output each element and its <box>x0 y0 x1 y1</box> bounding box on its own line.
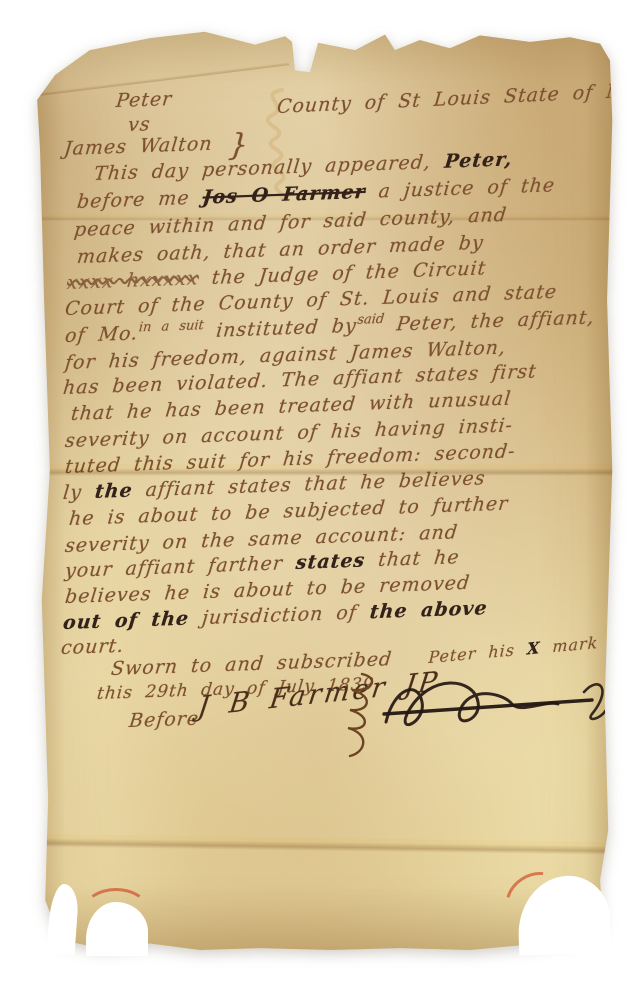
handwritten-text-segment: that he <box>364 546 461 571</box>
handwritten-text-segment: Peter his <box>428 639 528 667</box>
handwritten-text-segment: instituted by <box>202 315 358 342</box>
handwritten-text-segment: ly <box>62 481 96 504</box>
handwritten-text-segment: out of the <box>62 608 190 634</box>
handwritten-text-segment: a justice of the <box>364 174 556 203</box>
handwritten-text-segment: of Mo. <box>64 322 139 347</box>
handwritten-text-segment: xxxx hxxxxx <box>66 267 200 294</box>
handwritten-lines: PetervsCounty of St Louis State of Mo.Ja… <box>36 28 614 950</box>
handwritten-text-segment: the above <box>369 597 489 623</box>
document-paper: PetervsCounty of St Louis State of Mo.Ja… <box>36 28 614 950</box>
scan-background: PetervsCounty of St Louis State of Mo.Ja… <box>0 0 640 1002</box>
handwritten-line: County of St Louis State of Mo. <box>276 79 640 118</box>
paper-wrapper: PetervsCounty of St Louis State of Mo.Ja… <box>0 0 640 1002</box>
handwritten-line: Before <box>128 707 200 732</box>
handwritten-text-segment: the <box>94 479 134 502</box>
handwritten-text-segment: County of St Louis State of Mo. <box>276 79 640 118</box>
handwritten-text-segment: Peter, <box>430 148 514 173</box>
handwritten-text-segment: jurisdiction of <box>188 601 371 629</box>
handwritten-line: court. <box>60 635 125 659</box>
handwritten-text-segment: Peter <box>115 88 173 112</box>
handwritten-line: Peter <box>115 88 173 112</box>
handwritten-text-segment: Peter, the affiant, <box>382 306 595 335</box>
handwritten-text-segment: Jos O Farmer <box>201 181 366 209</box>
handwritten-text-segment: said <box>357 312 385 328</box>
handwritten-text-segment: states <box>295 549 367 574</box>
handwritten-text-segment: before me <box>76 187 204 213</box>
handwritten-text-segment: court. <box>60 635 125 659</box>
handwritten-text-segment: in a suit <box>138 318 205 335</box>
handwritten-text-segment: mark <box>540 633 599 657</box>
handwritten-text-segment: your affiant farther <box>64 552 297 582</box>
handwritten-text-segment: Before <box>128 707 200 732</box>
handwritten-line: Peter his X mark <box>428 633 599 667</box>
handwritten-text-segment: James Walton <box>63 133 214 160</box>
